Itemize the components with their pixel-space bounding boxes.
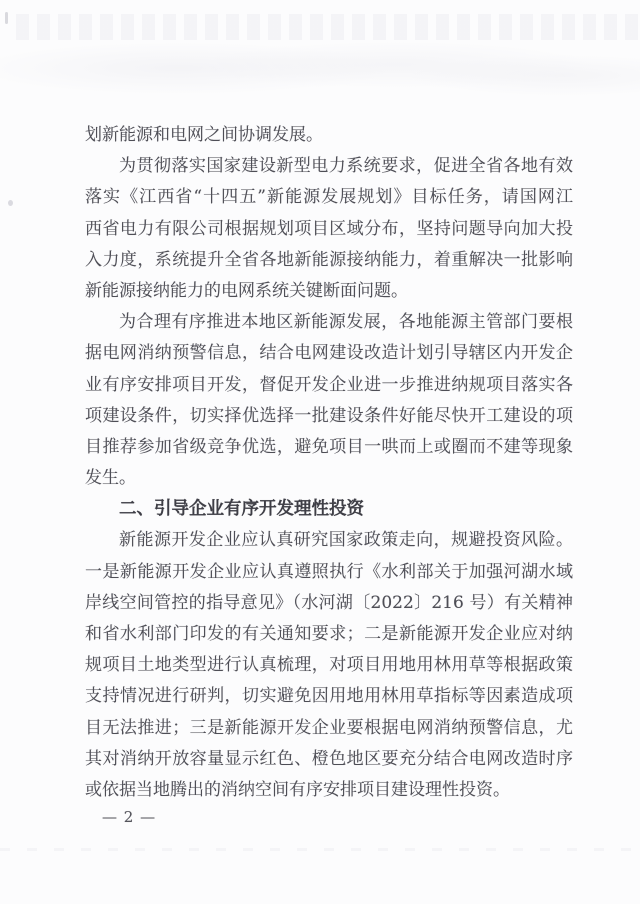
text-line: 目无法推进；三是新能源开发企业要根据电网消纳预警信息，尤	[85, 713, 573, 744]
text-line: 划新能源和电网之间协调发展。	[85, 120, 573, 151]
scan-mark-corner	[5, 12, 8, 24]
text-line: 落实《江西省“十四五”新能源发展规划》目标任务，请国网江	[85, 182, 573, 213]
text-line: 目推荐参加省级竞争优选，避免项目一哄而上或圈而不建等现象	[85, 432, 573, 463]
scanned-document-page: 划新能源和电网之间协调发展。为贯彻落实国家建设新型电力系统要求，促进全省各地有效…	[0, 0, 640, 904]
text-line: 入力度，系统提升全省各地新能源接纳能力，着重解决一批影响	[85, 245, 573, 276]
text-line: 规项目土地类型进行认真梳理，对项目用地用林用草等根据政策	[85, 650, 573, 681]
text-line: 据电网消纳预警信息，结合电网建设改造计划引导辖区内开发企	[85, 338, 573, 369]
text-line: 新能源接纳能力的电网系统关键断面问题。	[85, 276, 573, 307]
page-number: — 2 —	[102, 802, 156, 833]
text-line: 或依据当地腾出的消纳空间有序安排项目建设理性投资。	[85, 775, 573, 806]
scan-artifact-mottle	[0, 36, 640, 108]
text-line: 为合理有序推进本地区新能源发展，各地能源主管部门要根	[85, 307, 573, 338]
text-line: 一是新能源开发企业应认真遵照执行《水利部关于加强河湖水域	[85, 557, 573, 588]
scan-speck	[8, 200, 13, 206]
text-line: 项建设条件，切实择优选择一批建设条件好能尽快开工建设的项	[85, 401, 573, 432]
text-line: 和省水利部门印发的有关通知要求；二是新能源开发企业应对纳	[85, 619, 573, 650]
section-heading: 二、引导企业有序开发理性投资	[85, 494, 573, 525]
text-line: 发生。	[85, 463, 573, 494]
text-line: 西省电力有限公司根据规划项目区域分布，坚持问题导向加大投	[85, 214, 573, 245]
text-line: 业有序安排项目开发，督促开发企业进一步推进纳规项目落实各	[85, 370, 573, 401]
text-line: 支持情况进行研判，切实避免因用地用林用草指标等因素造成项	[85, 681, 573, 712]
text-line: 为贯彻落实国家建设新型电力系统要求，促进全省各地有效	[85, 151, 573, 182]
text-line: 其对消纳开放容量显示红色、橙色地区要充分结合电网改造时序	[85, 744, 573, 775]
text-line: 岸线空间管控的指导意见》（水河湖〔2022〕216 号）有关精神	[85, 588, 573, 619]
text-line: 新能源开发企业应认真研究国家政策走向，规避投资风险。	[85, 525, 573, 556]
document-body: 划新能源和电网之间协调发展。为贯彻落实国家建设新型电力系统要求，促进全省各地有效…	[85, 120, 573, 806]
scan-artifact-bottom-dashes	[0, 848, 640, 851]
